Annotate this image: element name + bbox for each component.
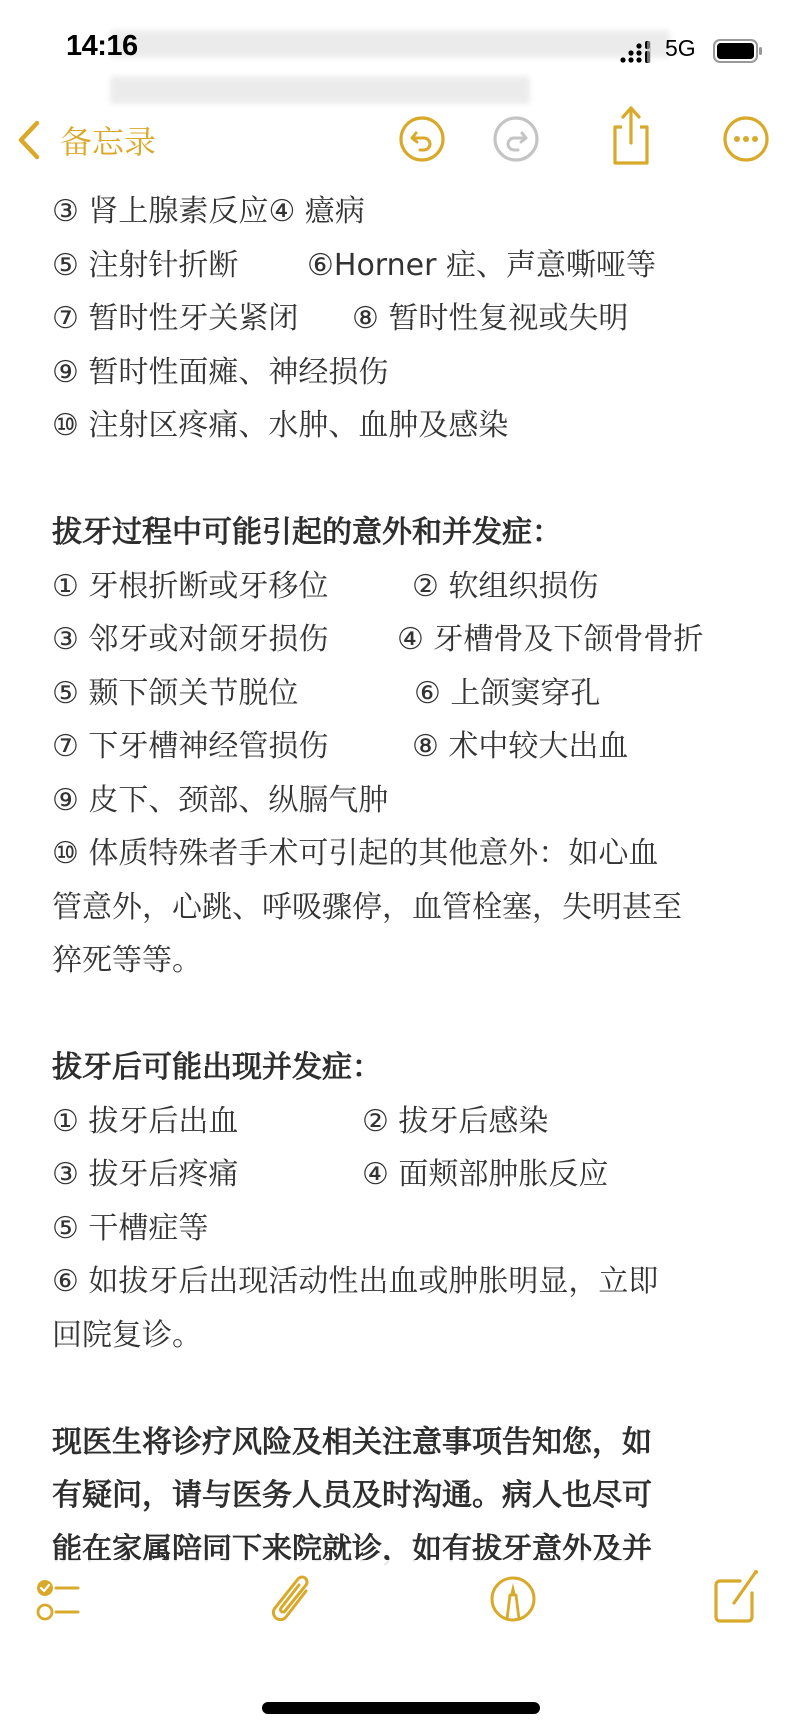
- note-line: 管意外，心跳、呼吸骤停，血管栓塞，失明甚至: [52, 881, 762, 935]
- back-button[interactable]: 备忘录: [16, 115, 156, 165]
- note-line: ③ 邻牙或对颌牙损伤 ④ 牙槽骨及下颌骨骨折: [52, 613, 762, 667]
- note-line: ⑥ 如拔牙后出现活动性出血或肿胀明显，立即: [52, 1255, 762, 1309]
- status-time: 14:16: [66, 30, 138, 63]
- note-line: ⑨ 皮下、颈部、纵膈气肿: [52, 774, 762, 828]
- home-indicator[interactable]: [262, 1702, 540, 1714]
- section-heading-during-extraction: 拔牙过程中可能引起的意外和并发症：: [52, 506, 762, 560]
- undo-icon[interactable]: [396, 111, 448, 167]
- note-line: ⑤ 注射针折断 ⑥Horner 症、声意嘶哑等: [52, 239, 762, 293]
- status-bar: 14:16 5G: [0, 0, 800, 90]
- note-line: ⑨ 暂时性面瘫、神经损伤: [52, 346, 762, 400]
- chevron-left-icon: [16, 119, 42, 161]
- bottom-toolbar: [0, 1575, 800, 1655]
- attachment-icon[interactable]: [268, 1571, 318, 1627]
- note-line: ① 牙根折断或牙移位 ② 软组织损伤: [52, 560, 762, 614]
- note-line: ⑩ 体质特殊者手术可引起的其他意外：如心血: [52, 827, 762, 881]
- cellular-signal-icon: [620, 41, 654, 63]
- note-line: ① 拔牙后出血 ② 拔牙后感染: [52, 1095, 762, 1149]
- checklist-icon[interactable]: [36, 1577, 88, 1627]
- markup-icon[interactable]: [487, 1571, 539, 1627]
- more-icon[interactable]: [720, 111, 772, 167]
- share-icon[interactable]: [605, 103, 657, 169]
- note-line: ⑦ 暂时性牙关紧闭 ⑧ 暂时性复视或失明: [52, 292, 762, 346]
- back-label: 备忘录: [60, 117, 156, 163]
- note-line: ⑤ 干槽症等: [52, 1202, 762, 1256]
- notice-paragraph: 有疑问，请与医务人员及时沟通。病人也尽可: [52, 1469, 762, 1523]
- nav-bar: 备忘录: [0, 105, 800, 175]
- section-heading-after-extraction: 拔牙后可能出现并发症：: [52, 1041, 762, 1095]
- note-body[interactable]: ③ 肾上腺素反应④ 癔病 ⑤ 注射针折断 ⑥Horner 症、声意嘶哑等 ⑦ 暂…: [52, 185, 762, 1576]
- note-line: ③ 拔牙后疼痛 ④ 面颊部肿胀反应: [52, 1148, 762, 1202]
- network-type: 5G: [665, 35, 696, 62]
- notice-paragraph: 现医生将诊疗风险及相关注意事项告知您，如: [52, 1416, 762, 1470]
- compose-icon[interactable]: [706, 1567, 762, 1627]
- note-line: ⑩ 注射区疼痛、水肿、血肿及感染: [52, 399, 762, 453]
- note-line: 回院复诊。: [52, 1309, 762, 1363]
- note-line: 猝死等等。: [52, 934, 762, 988]
- redo-icon[interactable]: [490, 111, 542, 167]
- note-line: ③ 肾上腺素反应④ 癔病: [52, 185, 762, 239]
- note-line: ⑤ 颞下颌关节脱位 ⑥ 上颌窦穿孔: [52, 667, 762, 721]
- battery-icon: [713, 39, 763, 63]
- note-line: ⑦ 下牙槽神经管损伤 ⑧ 术中较大出血: [52, 720, 762, 774]
